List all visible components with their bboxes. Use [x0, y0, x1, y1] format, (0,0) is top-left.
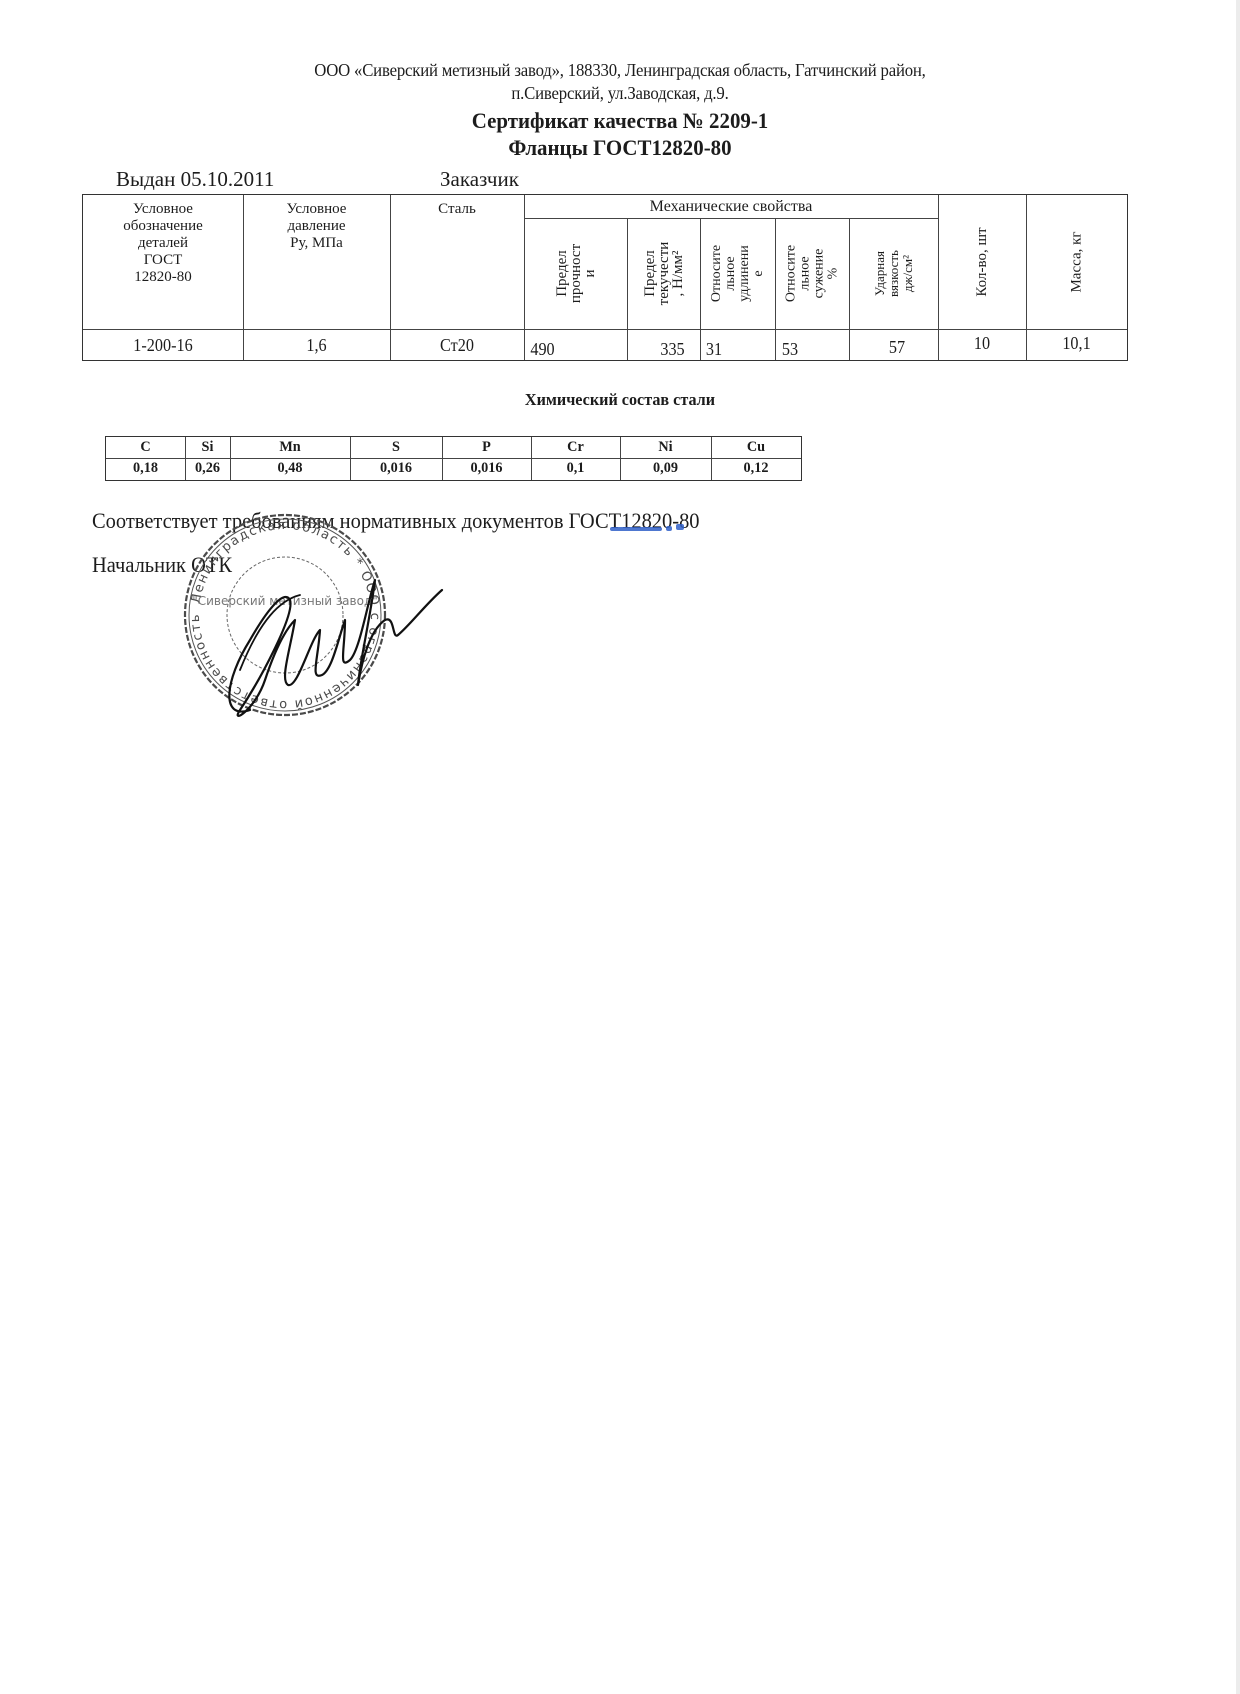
cell-designation: 1-200-16 — [91, 335, 235, 356]
chem-element-cu: Cu — [713, 439, 799, 456]
issued-date: Выдан 05.10.2011 — [116, 167, 274, 192]
cell-mass: 10,1 — [1031, 333, 1122, 354]
chem-value-c: 0,18 — [108, 460, 183, 477]
chem-value-p: 0,016 — [444, 460, 529, 477]
header-pressure: Условное давление Ру, МПа — [243, 201, 390, 252]
chem-element-si: Si — [186, 439, 229, 456]
cell-tensile-strength: 490 — [530, 339, 554, 360]
chem-value-si: 0,26 — [186, 460, 229, 477]
chemical-title: Химический состав стали — [31, 390, 1209, 410]
header-mechanical-properties: Механические свойства — [524, 198, 938, 215]
company-address-line2: п.Сиверский, ул.Заводская, д.9. — [43, 83, 1196, 104]
chem-value-cu: 0,12 — [713, 460, 799, 477]
cell-impact: 57 — [889, 337, 905, 358]
cell-pressure: 1,6 — [250, 335, 382, 356]
blue-ink-mark — [610, 527, 662, 531]
chem-element-mn: Mn — [233, 439, 347, 456]
chem-element-s: S — [352, 439, 439, 456]
chemical-composition-table: C0,18Si0,26Mn0,48S0,016P0,016Cr0,1Ni0,09… — [105, 436, 802, 481]
blue-ink-dot — [676, 524, 684, 530]
header-mass: Масса, кг — [1010, 212, 1144, 313]
cell-elongation: 31 — [706, 339, 722, 360]
signature-icon — [210, 560, 450, 730]
scan-edge — [1236, 0, 1240, 1694]
cell-quantity: 10 — [942, 333, 1021, 354]
certificate-title: Сертификат качества № 2209-1 — [31, 108, 1209, 134]
chem-element-p: P — [444, 439, 529, 456]
cell-steel: Ст20 — [397, 335, 518, 356]
chem-value-mn: 0,48 — [233, 460, 347, 477]
header-steel: Сталь — [390, 201, 524, 218]
chem-element-cr: Cr — [533, 439, 618, 456]
chem-value-s: 0,016 — [352, 460, 439, 477]
cell-yield-strength: 335 — [660, 339, 684, 360]
chem-value-ni: 0,09 — [622, 460, 708, 477]
mechanical-properties-table: Условное обозначение деталей ГОСТ 12820-… — [82, 194, 1128, 361]
cell-reduction: 53 — [782, 339, 798, 360]
chem-element-c: C — [108, 439, 183, 456]
customer-label: Заказчик — [440, 167, 519, 192]
product-title: Фланцы ГОСТ12820-80 — [31, 135, 1209, 161]
header-designation: Условное обозначение деталей ГОСТ 12820-… — [83, 201, 243, 286]
company-address-line1: ООО «Сиверский метизный завод», 188330, … — [43, 60, 1196, 81]
blue-ink-dot — [666, 526, 672, 531]
chem-value-cr: 0,1 — [533, 460, 618, 477]
chem-element-ni: Ni — [622, 439, 708, 456]
